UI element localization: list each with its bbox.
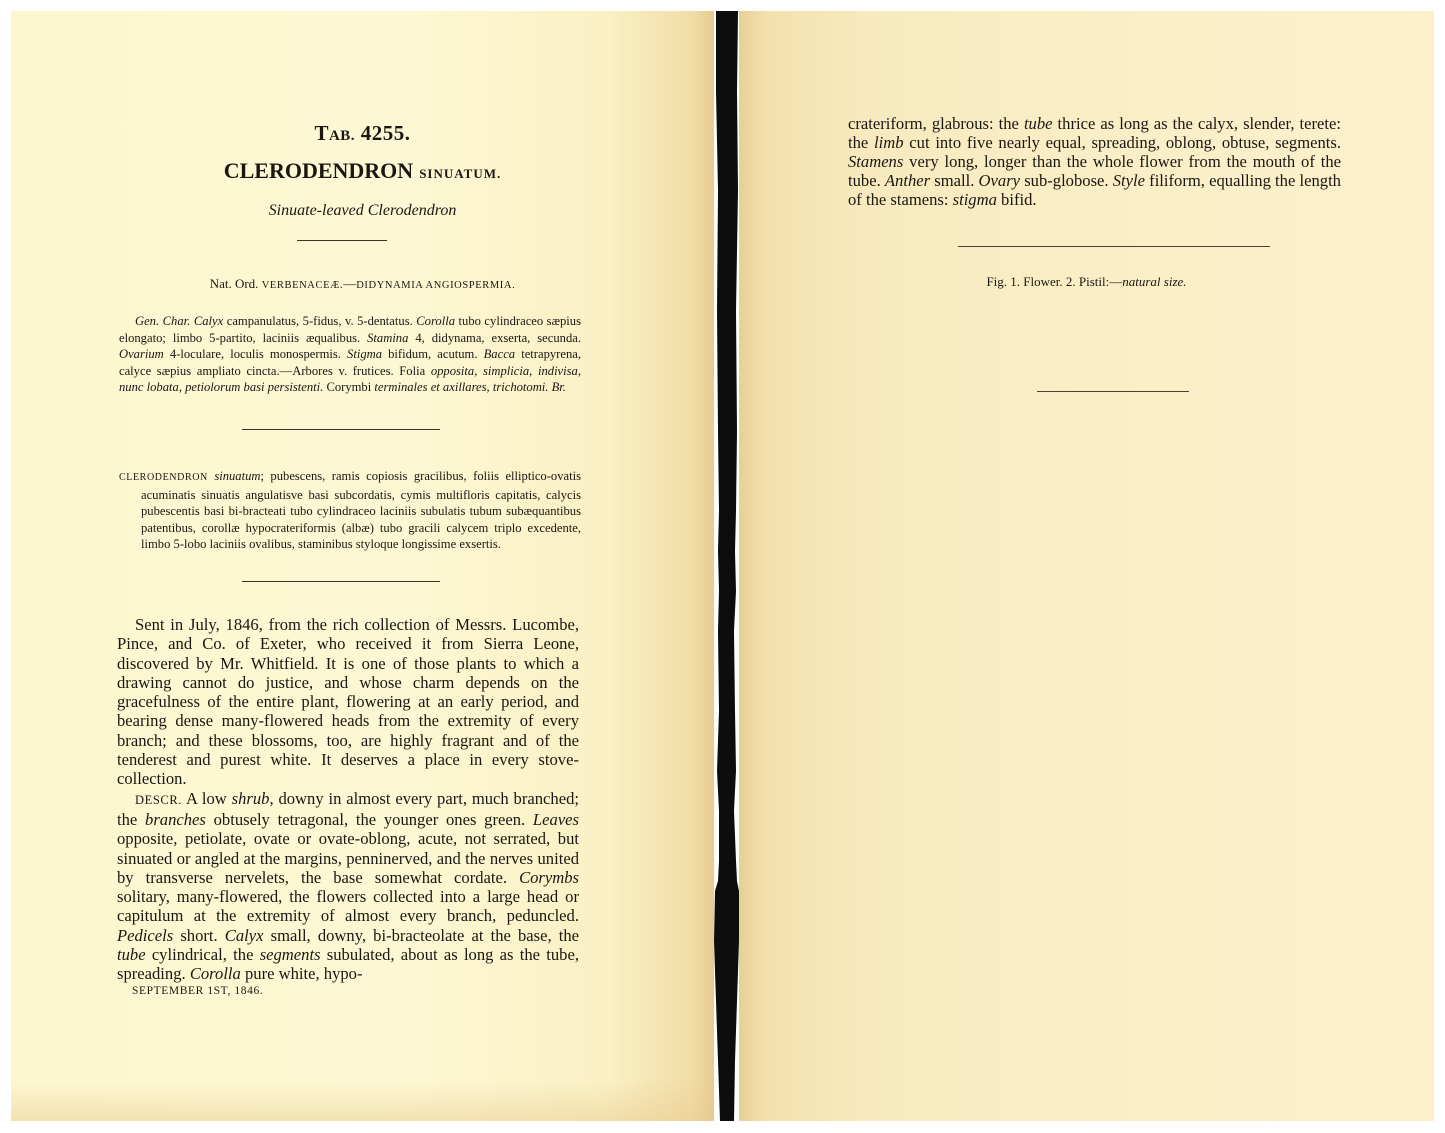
italic-term: Ovarium [119, 347, 164, 361]
book-spine-gutter [712, 11, 742, 1121]
divider-rule [297, 240, 387, 241]
specific-genus: CLERODENDRON [119, 472, 208, 483]
text-run: bifidum, acutum. [382, 347, 484, 361]
divider-rule [1037, 391, 1189, 392]
footer-date: SEPTEMBER 1ST, 1846. [132, 985, 263, 997]
natural-order-family: VERBENACEÆ. [262, 280, 344, 291]
species-name: SINUATUM. [419, 166, 501, 181]
body-text: Sent in July, 1846, from the rich collec… [117, 615, 579, 984]
text-run: small, downy, bi-bracteolate at the base… [264, 926, 580, 945]
common-name: Sinuate-leaved Clerodendron [11, 202, 714, 220]
plate-prefix-initial: T [314, 121, 329, 145]
text-run: cut into five nearly equal, spreading, o… [904, 133, 1341, 152]
italic-term: Pedicels [117, 926, 173, 945]
italic-term: Anther [885, 171, 930, 190]
description-continuation: crateriform, glabrous: the tube thrice a… [848, 114, 1341, 209]
italic-term: Style [1113, 171, 1145, 190]
italic-term: Leaves [533, 810, 579, 829]
right-page: crateriform, glabrous: the tube thrice a… [739, 11, 1434, 1121]
italic-term: Corymbs [519, 868, 579, 887]
plate-number: TAB. 4255. [11, 121, 714, 146]
italic-term: Corolla [190, 964, 241, 983]
text-run: obtusely tetragonal, the younger ones gr… [206, 810, 533, 829]
text-run: Corymbi [323, 380, 374, 394]
text-run: opposite, petiolate, ovate or ovate-oblo… [117, 829, 579, 887]
italic-term: Gen. Char. [135, 314, 190, 328]
italic-term: stigma [953, 190, 997, 209]
italic-term: limb [874, 133, 904, 152]
figure-caption-text: Fig. 1. Flower. 2. Pistil:— [986, 274, 1122, 289]
text-run: pure white, hypo- [241, 964, 363, 983]
text-run: short. [173, 926, 225, 945]
text-run: 4, didynama, exserta, secunda. [408, 331, 581, 345]
genus-name: CLERODENDRON [224, 158, 413, 183]
italic-term: Stigma [347, 347, 382, 361]
plate-prefix-rest: AB. [329, 128, 355, 144]
specific-epithet: sinuatum [214, 469, 260, 483]
text-run: 4-loculare, loculis monospermis. [164, 347, 347, 361]
text-run: crateriform, glabrous: the [848, 114, 1024, 133]
description-paragraph: DESCR. A low shrub, downy in almost ever… [117, 789, 579, 984]
italic-term: tube [117, 945, 146, 964]
figure-caption: Fig. 1. Flower. 2. Pistil:—natural size. [739, 274, 1434, 290]
divider-rule [242, 581, 440, 582]
natural-order: Nat. Ord. VERBENACEÆ.—DIDYNAMIA ANGIOSPE… [11, 276, 714, 292]
natural-order-class: DIDYNAMIA ANGIOSPERMIA. [356, 280, 515, 291]
divider-rule [242, 429, 440, 430]
text-run: small. [930, 171, 978, 190]
divider-rule [958, 246, 1270, 247]
specific-character: CLERODENDRON sinuatum; pubescens, ramis … [119, 468, 581, 553]
italic-term: Bacca [484, 347, 515, 361]
figure-caption-italic: natural size. [1122, 274, 1186, 289]
italic-term: Stamens [848, 152, 903, 171]
text-run: solitary, many-flowered, the flowers col… [117, 887, 579, 925]
left-page: TAB. 4255. CLERODENDRONSINUATUM. Sinuate… [11, 11, 714, 1121]
text-run: bifid. [997, 190, 1037, 209]
italic-term: shrub [232, 789, 270, 808]
text-run: campanulatus, 5-fidus, v. 5-dentatus. [223, 314, 416, 328]
italic-term: tube [1024, 114, 1053, 133]
italic-term: Stamina [367, 331, 408, 345]
italic-term: branches [145, 810, 206, 829]
text-run: cylindrical, the [146, 945, 260, 964]
description-lead: DESCR. [135, 793, 182, 807]
italic-term: terminales et axillares, trichotomi. Br. [374, 380, 566, 394]
natural-order-lead: Nat. Ord. [210, 276, 259, 291]
natural-order-dash: — [343, 276, 356, 291]
generic-character: Gen. Char. Calyx campanulatus, 5-fidus, … [119, 313, 581, 396]
history-paragraph: Sent in July, 1846, from the rich collec… [117, 615, 579, 789]
italic-term: segments [260, 945, 321, 964]
text-run: A low [182, 789, 232, 808]
text-run: sub-globose. [1020, 171, 1113, 190]
plate-number-value: 4255. [361, 121, 411, 145]
italic-term: Corolla [416, 314, 455, 328]
italic-term: Calyx [194, 314, 223, 328]
italic-term: Calyx [225, 926, 264, 945]
italic-term: Ovary [979, 171, 1020, 190]
species-title: CLERODENDRONSINUATUM. [11, 158, 714, 184]
